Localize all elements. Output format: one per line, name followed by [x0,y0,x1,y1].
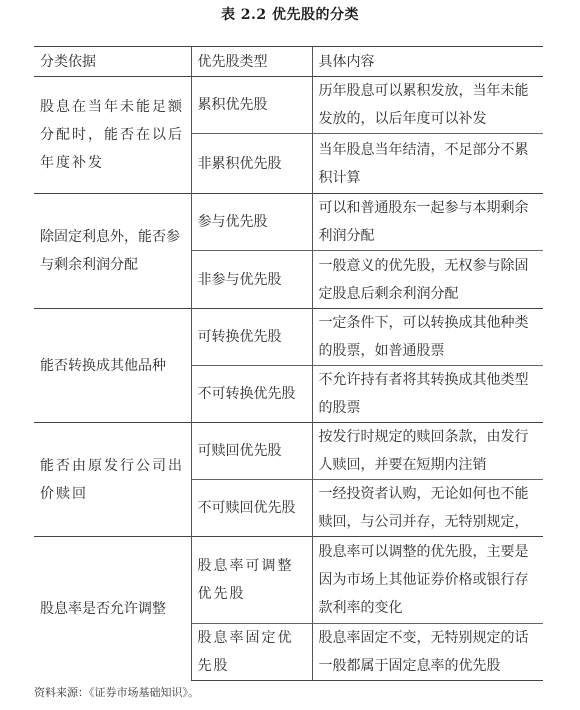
table-row: 股息率是否允许调整 股息率可调整优先股 股息率可以调整的优先股，主要是因为市场上… [34,537,543,624]
type-cell: 累积优先股 [191,77,312,134]
type-cell: 非累积优先股 [191,134,312,194]
preferred-stock-classification-table: 分类依据 优先股类型 具体内容 股息在当年未能足额分配时，能否在以后年度补发 累… [34,46,543,681]
type-cell: 股息率可调整优先股 [191,537,312,624]
header-type: 优先股类型 [191,47,312,77]
table-row: 股息在当年未能足额分配时，能否在以后年度补发 累积优先股 历年股息可以累积发放，… [34,77,543,134]
type-cell: 非参与优先股 [191,251,312,309]
table-row: 能否由原发行公司出价赎回 可赎回优先股 按发行时规定的赎回条款，由发行人赎回，并… [34,423,543,480]
table-row: 能否转换成其他品种 可转换优先股 一定条件下，可以转换成其他种类的股票，如普通股… [34,309,543,366]
type-cell: 股息率固定优先股 [191,624,312,681]
table-row: 除固定利息外，能否参与剩余利润分配 参与优先股 可以和普通股东一起参与本期剩余利… [34,194,543,251]
table-header-row: 分类依据 优先股类型 具体内容 [34,47,543,77]
table-title: 表 2.2 优先股的分类 [0,4,580,24]
content-cell: 股息率可以调整的优先股，主要是因为市场上其他证券价格或银行存款利率的变化 [312,537,543,624]
group-basis-cell: 能否转换成其他品种 [34,309,191,423]
type-cell: 可转换优先股 [191,309,312,366]
content-cell: 历年股息可以累积发放，当年未能发放的，以后年度可以补发 [312,77,543,134]
group-basis-cell: 能否由原发行公司出价赎回 [34,423,191,537]
content-cell: 一定条件下，可以转换成其他种类的股票，如普通股票 [312,309,543,366]
type-cell: 参与优先股 [191,194,312,251]
type-cell: 可赎回优先股 [191,423,312,480]
group-basis-cell: 股息在当年未能足额分配时，能否在以后年度补发 [34,77,191,194]
content-cell: 股息率固定不变，无特别规定的话一般都属于固定息率的优先股 [312,624,543,681]
header-content: 具体内容 [312,47,543,77]
content-cell: 可以和普通股东一起参与本期剩余利润分配 [312,194,543,251]
group-basis-cell: 股息率是否允许调整 [34,537,191,681]
type-cell: 不可转换优先股 [191,366,312,423]
header-basis: 分类依据 [34,47,191,77]
content-cell: 一般意义的优先股，无权参与除固定股息后剩余利润分配 [312,251,543,309]
content-cell: 按发行时规定的赎回条款，由发行人赎回，并要在短期内注销 [312,423,543,480]
type-cell: 不可赎回优先股 [191,480,312,537]
source-note: 资料来源：《证券市场基础知识》。 [34,684,199,700]
content-cell: 不允许持有者将其转换成其他类型的股票 [312,366,543,423]
content-cell: 一经投资者认购，无论如何也不能赎回，与公司并存，无特别规定， [312,480,543,537]
content-cell: 当年股息当年结清，不足部分不累积计算 [312,134,543,194]
group-basis-cell: 除固定利息外，能否参与剩余利润分配 [34,194,191,309]
